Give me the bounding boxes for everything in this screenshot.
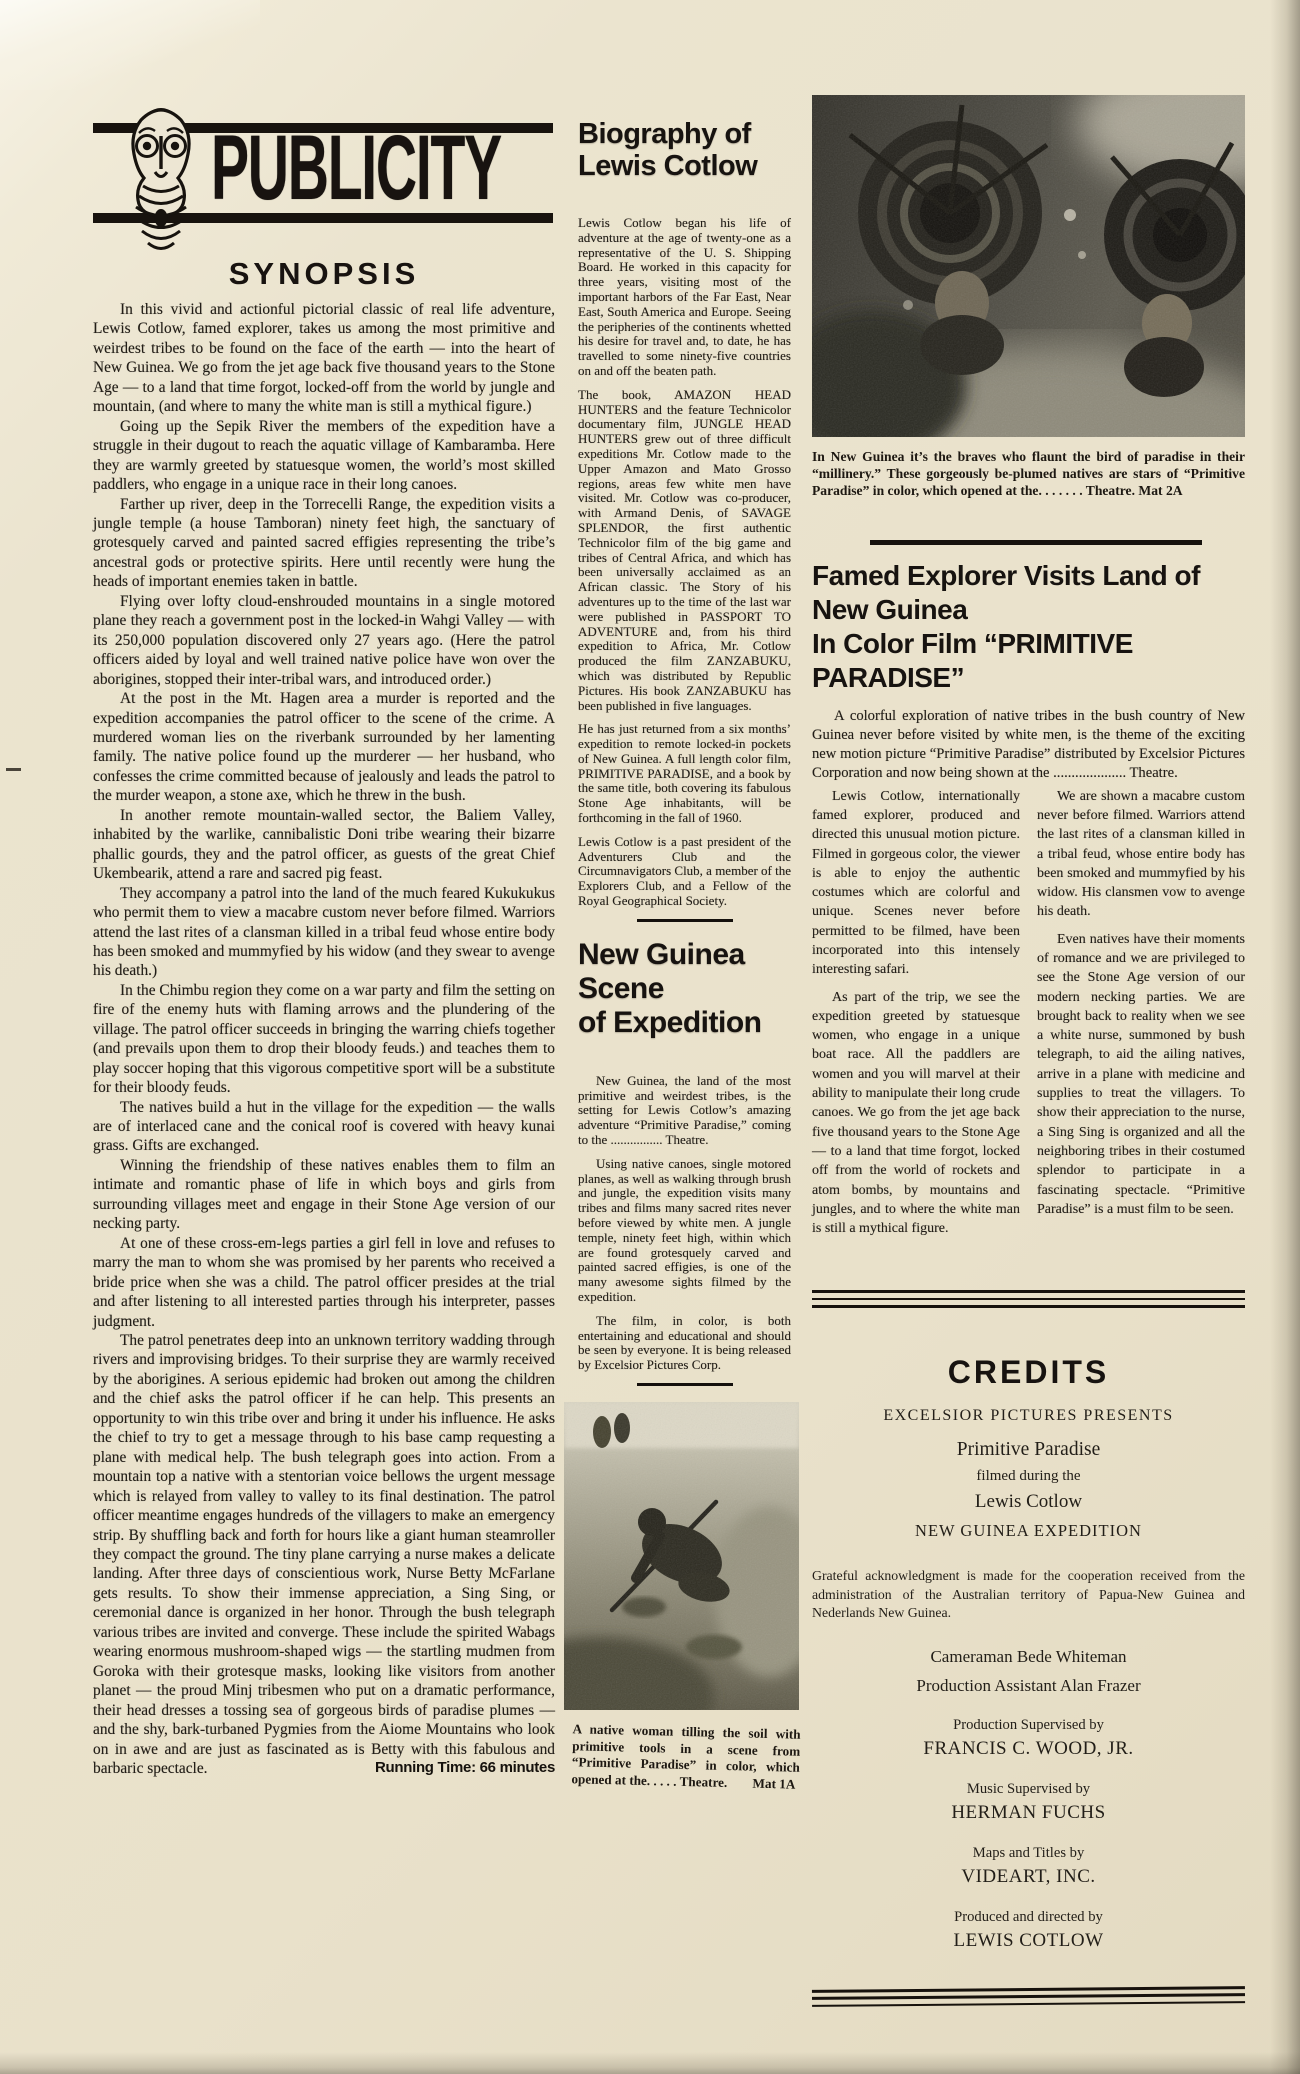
biography-heading: Biography of Lewis Cotlow xyxy=(578,118,791,182)
scene-paragraph: New Guinea, the land of the most primiti… xyxy=(578,1074,791,1148)
credits-film-title: Primitive Paradise xyxy=(812,1439,1245,1461)
biography-paragraph: The book, AMAZON HEAD HUNTERS and the fe… xyxy=(578,388,791,714)
scene-heading-line1: New Guinea Scene xyxy=(578,938,791,1006)
photo-warriors xyxy=(812,95,1245,437)
credits-role: Music Supervised by HERMAN FUCHS xyxy=(812,1781,1245,1824)
photo-top-caption: In New Guinea it’s the braves who flaunt… xyxy=(812,448,1245,500)
credits-role-label: Produced and directed by xyxy=(812,1909,1245,1926)
scan-mark xyxy=(6,768,21,771)
credits-role: Produced and directed by LEWIS COTLOW xyxy=(812,1909,1245,1952)
credits-production-assistant: Production Assistant Alan Frazer xyxy=(812,1676,1245,1696)
scene-heading: New Guinea Scene of Expedition xyxy=(578,938,791,1040)
scene-paragraph: Using native canoes, single motored plan… xyxy=(578,1157,791,1305)
page-edge-shadow-bottom xyxy=(0,2052,1300,2074)
article-column-right: We are shown a macabre custom never befo… xyxy=(1037,787,1245,1247)
credits-expedition-line: NEW GUINEA EXPEDITION xyxy=(812,1521,1245,1541)
mat-number: Mat 1A xyxy=(752,1775,795,1793)
credits-role-name: FRANCIS C. WOOD, JR. xyxy=(812,1738,1245,1760)
biography-paragraph: Lewis Cotlow began his life of adventure… xyxy=(578,216,791,379)
credits-section: CREDITS EXCELSIOR PICTURES PRESENTS Prim… xyxy=(812,1354,1245,1952)
credits-role-label: Production Supervised by xyxy=(812,1717,1245,1734)
tribal-mask-icon xyxy=(119,106,203,256)
credits-heading: CREDITS xyxy=(812,1354,1245,1391)
synopsis-paragraph: At one of these cross-em-legs parties a … xyxy=(93,1234,555,1331)
credits-presents: EXCELSIOR PICTURES PRESENTS xyxy=(812,1407,1245,1425)
credits-acknowledgment: Grateful acknowledgment is made for the … xyxy=(812,1567,1245,1623)
credits-cameraman: Cameraman Bede Whiteman xyxy=(812,1647,1245,1667)
article-paragraph: Lewis Cotlow, internationally famed expl… xyxy=(812,787,1020,980)
article-paragraph: Even natives have their moments of roman… xyxy=(1037,930,1245,1219)
article-paragraph: As part of the trip, we see the expediti… xyxy=(812,988,1020,1239)
synopsis-paragraph: Going up the Sepik River the members of … xyxy=(93,417,555,495)
credits-role: Maps and Titles by VIDEART, INC. xyxy=(812,1845,1245,1888)
credits-role-name: LEWIS COTLOW xyxy=(812,1930,1245,1952)
article-headline: Famed Explorer Visits Land of New Guinea… xyxy=(812,559,1245,695)
scene-heading-line2: of Expedition xyxy=(578,1006,791,1040)
synopsis-heading: SYNOPSIS xyxy=(93,256,555,292)
synopsis-column: PUBLICITY SYNOPSIS xyxy=(93,92,555,1776)
credits-role-label: Maps and Titles by xyxy=(812,1845,1245,1862)
article-headline-line1: Famed Explorer Visits Land of New Guinea xyxy=(812,559,1245,627)
synopsis-paragraph: In this vivid and actionful pictorial cl… xyxy=(93,300,555,417)
biography-paragraph: He has just returned from a six months’ … xyxy=(578,722,791,826)
masthead: PUBLICITY xyxy=(93,92,555,252)
photo-native-woman xyxy=(564,1402,799,1710)
scene-body: New Guinea, the land of the most primiti… xyxy=(578,1074,791,1373)
credits-filmed-during: filmed during the xyxy=(812,1468,1245,1485)
synopsis-paragraph: Farther up river, deep in the Torrecelli… xyxy=(93,495,555,592)
article-headline-line2: In Color Film “PRIMITIVE PARADISE” xyxy=(812,627,1245,695)
mat-number: Mat 2A xyxy=(1138,483,1182,498)
article-intro: A colorful exploration of native tribes … xyxy=(812,707,1245,783)
synopsis-paragraph: Flying over lofty cloud-enshrouded mount… xyxy=(93,592,555,689)
photo-mid-caption: A native woman tilling the soil with pri… xyxy=(571,1721,801,1793)
biography-paragraph: Lewis Cotlow is a past president of the … xyxy=(578,835,791,909)
article-paragraph: We are shown a macabre custom never befo… xyxy=(1037,787,1245,922)
biography-heading-line1: Biography of xyxy=(578,118,791,150)
masthead-title: PUBLICITY xyxy=(211,122,501,214)
synopsis-paragraph: They accompany a patrol into the land of… xyxy=(93,884,555,981)
synopsis-paragraph: At the post in the Mt. Hagen area a murd… xyxy=(93,689,555,806)
section-divider xyxy=(637,1383,733,1386)
synopsis-paragraph: The patrol penetrates deep into an unkno… xyxy=(93,1331,555,1778)
right-column: In New Guinea it’s the braves who flaunt… xyxy=(812,95,1245,2006)
article-body: Lewis Cotlow, internationally famed expl… xyxy=(812,787,1245,1247)
credits-rule-top xyxy=(812,1290,1245,1307)
synopsis-body: In this vivid and actionful pictorial cl… xyxy=(93,300,555,1776)
biography-body: Lewis Cotlow began his life of adventure… xyxy=(578,216,791,909)
synopsis-paragraph: In the Chimbu region they come on a war … xyxy=(93,981,555,1098)
scene-paragraph: The film, in color, is both entertaining… xyxy=(578,1314,791,1373)
pressbook-page: PUBLICITY SYNOPSIS xyxy=(0,0,1300,2074)
credits-role: Production Supervised by FRANCIS C. WOOD… xyxy=(812,1717,1245,1760)
synopsis-paragraph: The natives build a hut in the village f… xyxy=(93,1098,555,1156)
page-edge-shadow-right xyxy=(1270,0,1300,2074)
scan-corner-artifact xyxy=(0,0,260,90)
credits-rule-bottom xyxy=(812,1986,1245,2007)
credits-role-name: VIDEART, INC. xyxy=(812,1866,1245,1888)
biography-heading-line2: Lewis Cotlow xyxy=(578,150,791,182)
credits-role-name: HERMAN FUCHS xyxy=(812,1802,1245,1824)
synopsis-paragraph: Winning the friendship of these natives … xyxy=(93,1156,555,1234)
section-divider xyxy=(637,919,733,922)
credits-expedition-name: Lewis Cotlow xyxy=(812,1491,1245,1513)
credits-role-label: Music Supervised by xyxy=(812,1781,1245,1798)
article-column-left: Lewis Cotlow, internationally famed expl… xyxy=(812,787,1020,1247)
middle-column: Biography of Lewis Cotlow Lewis Cotlow b… xyxy=(578,118,791,1790)
synopsis-paragraph: In another remote mountain-walled sector… xyxy=(93,806,555,884)
headline-rule xyxy=(870,540,1202,545)
